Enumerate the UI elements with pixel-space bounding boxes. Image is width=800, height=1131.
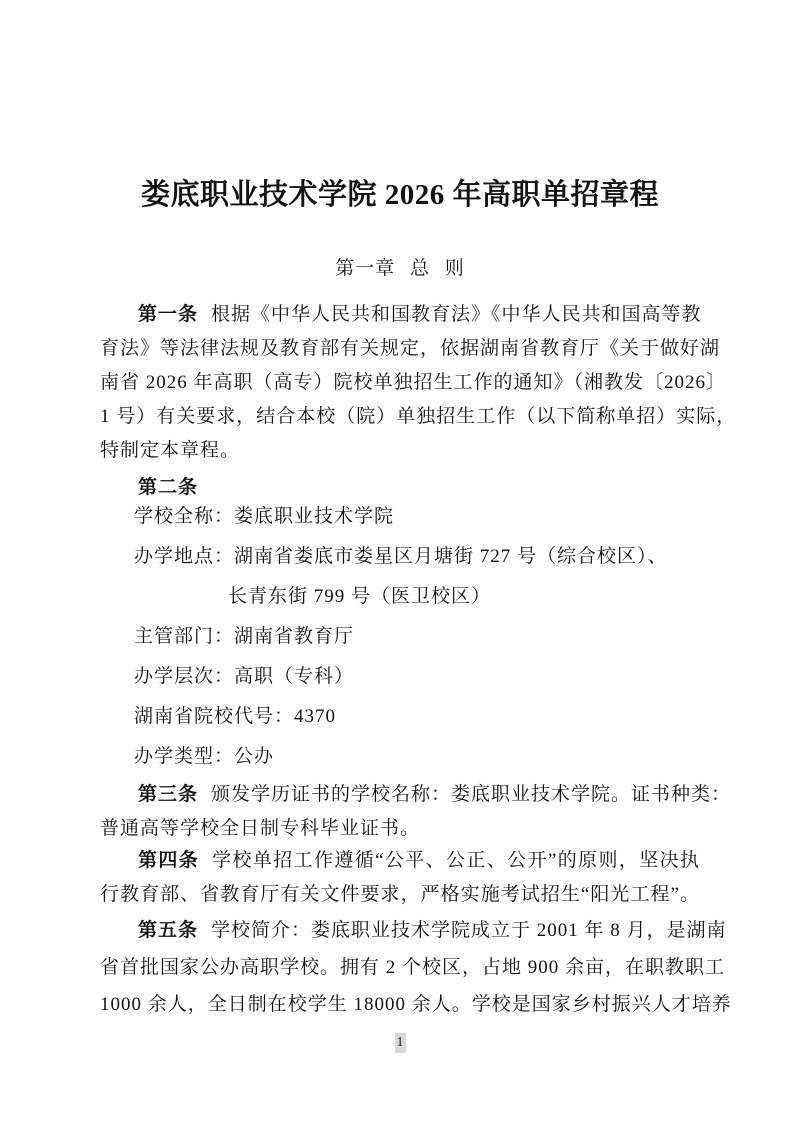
chapter-heading: 第一章 总 则 — [0, 253, 800, 280]
article-3-line-1: 第三条颁发学历证书的学校名称：娄底职业技术学院。证书种类： — [100, 778, 700, 812]
article-1-line-5: 特制定本章程。 — [100, 434, 700, 468]
article-4-line-1: 第四条学校单招工作遵循“公平、公正、公开”的原则，坚决执 — [100, 844, 700, 878]
document-title: 娄底职业技术学院 2026 年高职单招章程 — [0, 172, 800, 213]
article-1-line-2: 育法》等法律法规及教育部有关规定，依据湖南省教育厅《关于做好湖 — [100, 332, 700, 366]
article-1-line-1: 第一条根据《中华人民共和国教育法》《中华人民共和国高等教 — [100, 298, 700, 332]
article-5-line-3: 1000 余人，全日制在校学生 18000 余人。学校是国家乡村振兴人才培养 — [100, 986, 700, 1023]
article-5: 第五条学校简介：娄底职业技术学院成立于 2001 年 8 月，是湖南 省首批国家… — [100, 912, 700, 1023]
info-school-full-name: 学校全称：娄底职业技术学院 — [100, 497, 700, 537]
info-school-location-cont: 长青东街 799 号（医卫校区） — [100, 577, 700, 617]
article-5-line-1: 第五条学校简介：娄底职业技术学院成立于 2001 年 8 月，是湖南 — [100, 912, 700, 949]
article-2-label: 第二条 — [138, 477, 198, 498]
article-4-label: 第四条 — [138, 850, 199, 871]
info-province-code: 湖南省院校代号：4370 — [100, 697, 700, 737]
page-number: 1 — [395, 1033, 406, 1053]
article-5-label: 第五条 — [138, 920, 198, 941]
article-4-line-2: 行教育部、省教育厅有关文件要求，严格实施考试招生“阳光工程”。 — [100, 878, 700, 912]
info-authority: 主管部门：湖南省教育厅 — [100, 617, 700, 657]
article-3-label: 第三条 — [138, 784, 198, 805]
info-level: 办学层次：高职（专科） — [100, 657, 700, 697]
article-4-line-1-text: 学校单招工作遵循“公平、公正、公开”的原则，坚决执 — [212, 850, 700, 871]
page-footer: 1 — [0, 1033, 800, 1053]
article-1-line-4: 1 号）有关要求，结合本校（院）单独招生工作（以下简称单招）实际， — [100, 400, 700, 434]
article-5-line-1-text: 学校简介：娄底职业技术学院成立于 2001 年 8 月，是湖南 — [211, 920, 727, 941]
article-4: 第四条学校单招工作遵循“公平、公正、公开”的原则，坚决执 行教育部、省教育厅有关… — [100, 844, 700, 912]
article-3-line-1-text: 颁发学历证书的学校名称：娄底职业技术学院。证书种类： — [211, 784, 731, 805]
article-1-line-1-text: 根据《中华人民共和国教育法》《中华人民共和国高等教 — [211, 304, 702, 325]
school-info-list: 学校全称：娄底职业技术学院 办学地点：湖南省娄底市娄星区月塘街 727 号（综合… — [100, 497, 700, 777]
article-5-line-2: 省首批国家公办高职学校。拥有 2 个校区，占地 900 余亩，在职教职工 — [100, 949, 700, 986]
info-school-location: 办学地点：湖南省娄底市娄星区月塘街 727 号（综合校区）、 — [100, 537, 700, 577]
document-page: 娄底职业技术学院 2026 年高职单招章程 第一章 总 则 第一条根据《中华人民… — [0, 0, 800, 1131]
info-school-type: 办学类型：公办 — [100, 737, 700, 777]
article-3-line-2: 普通高等学校全日制专科毕业证书。 — [100, 812, 700, 846]
article-1-label: 第一条 — [138, 304, 198, 325]
article-1-line-3: 南省 2026 年高职（高专）院校单独招生工作的通知》（湘教发〔2026〕 — [100, 366, 700, 400]
article-3: 第三条颁发学历证书的学校名称：娄底职业技术学院。证书种类： 普通高等学校全日制专… — [100, 778, 700, 846]
article-1: 第一条根据《中华人民共和国教育法》《中华人民共和国高等教 育法》等法律法规及教育… — [100, 298, 700, 468]
